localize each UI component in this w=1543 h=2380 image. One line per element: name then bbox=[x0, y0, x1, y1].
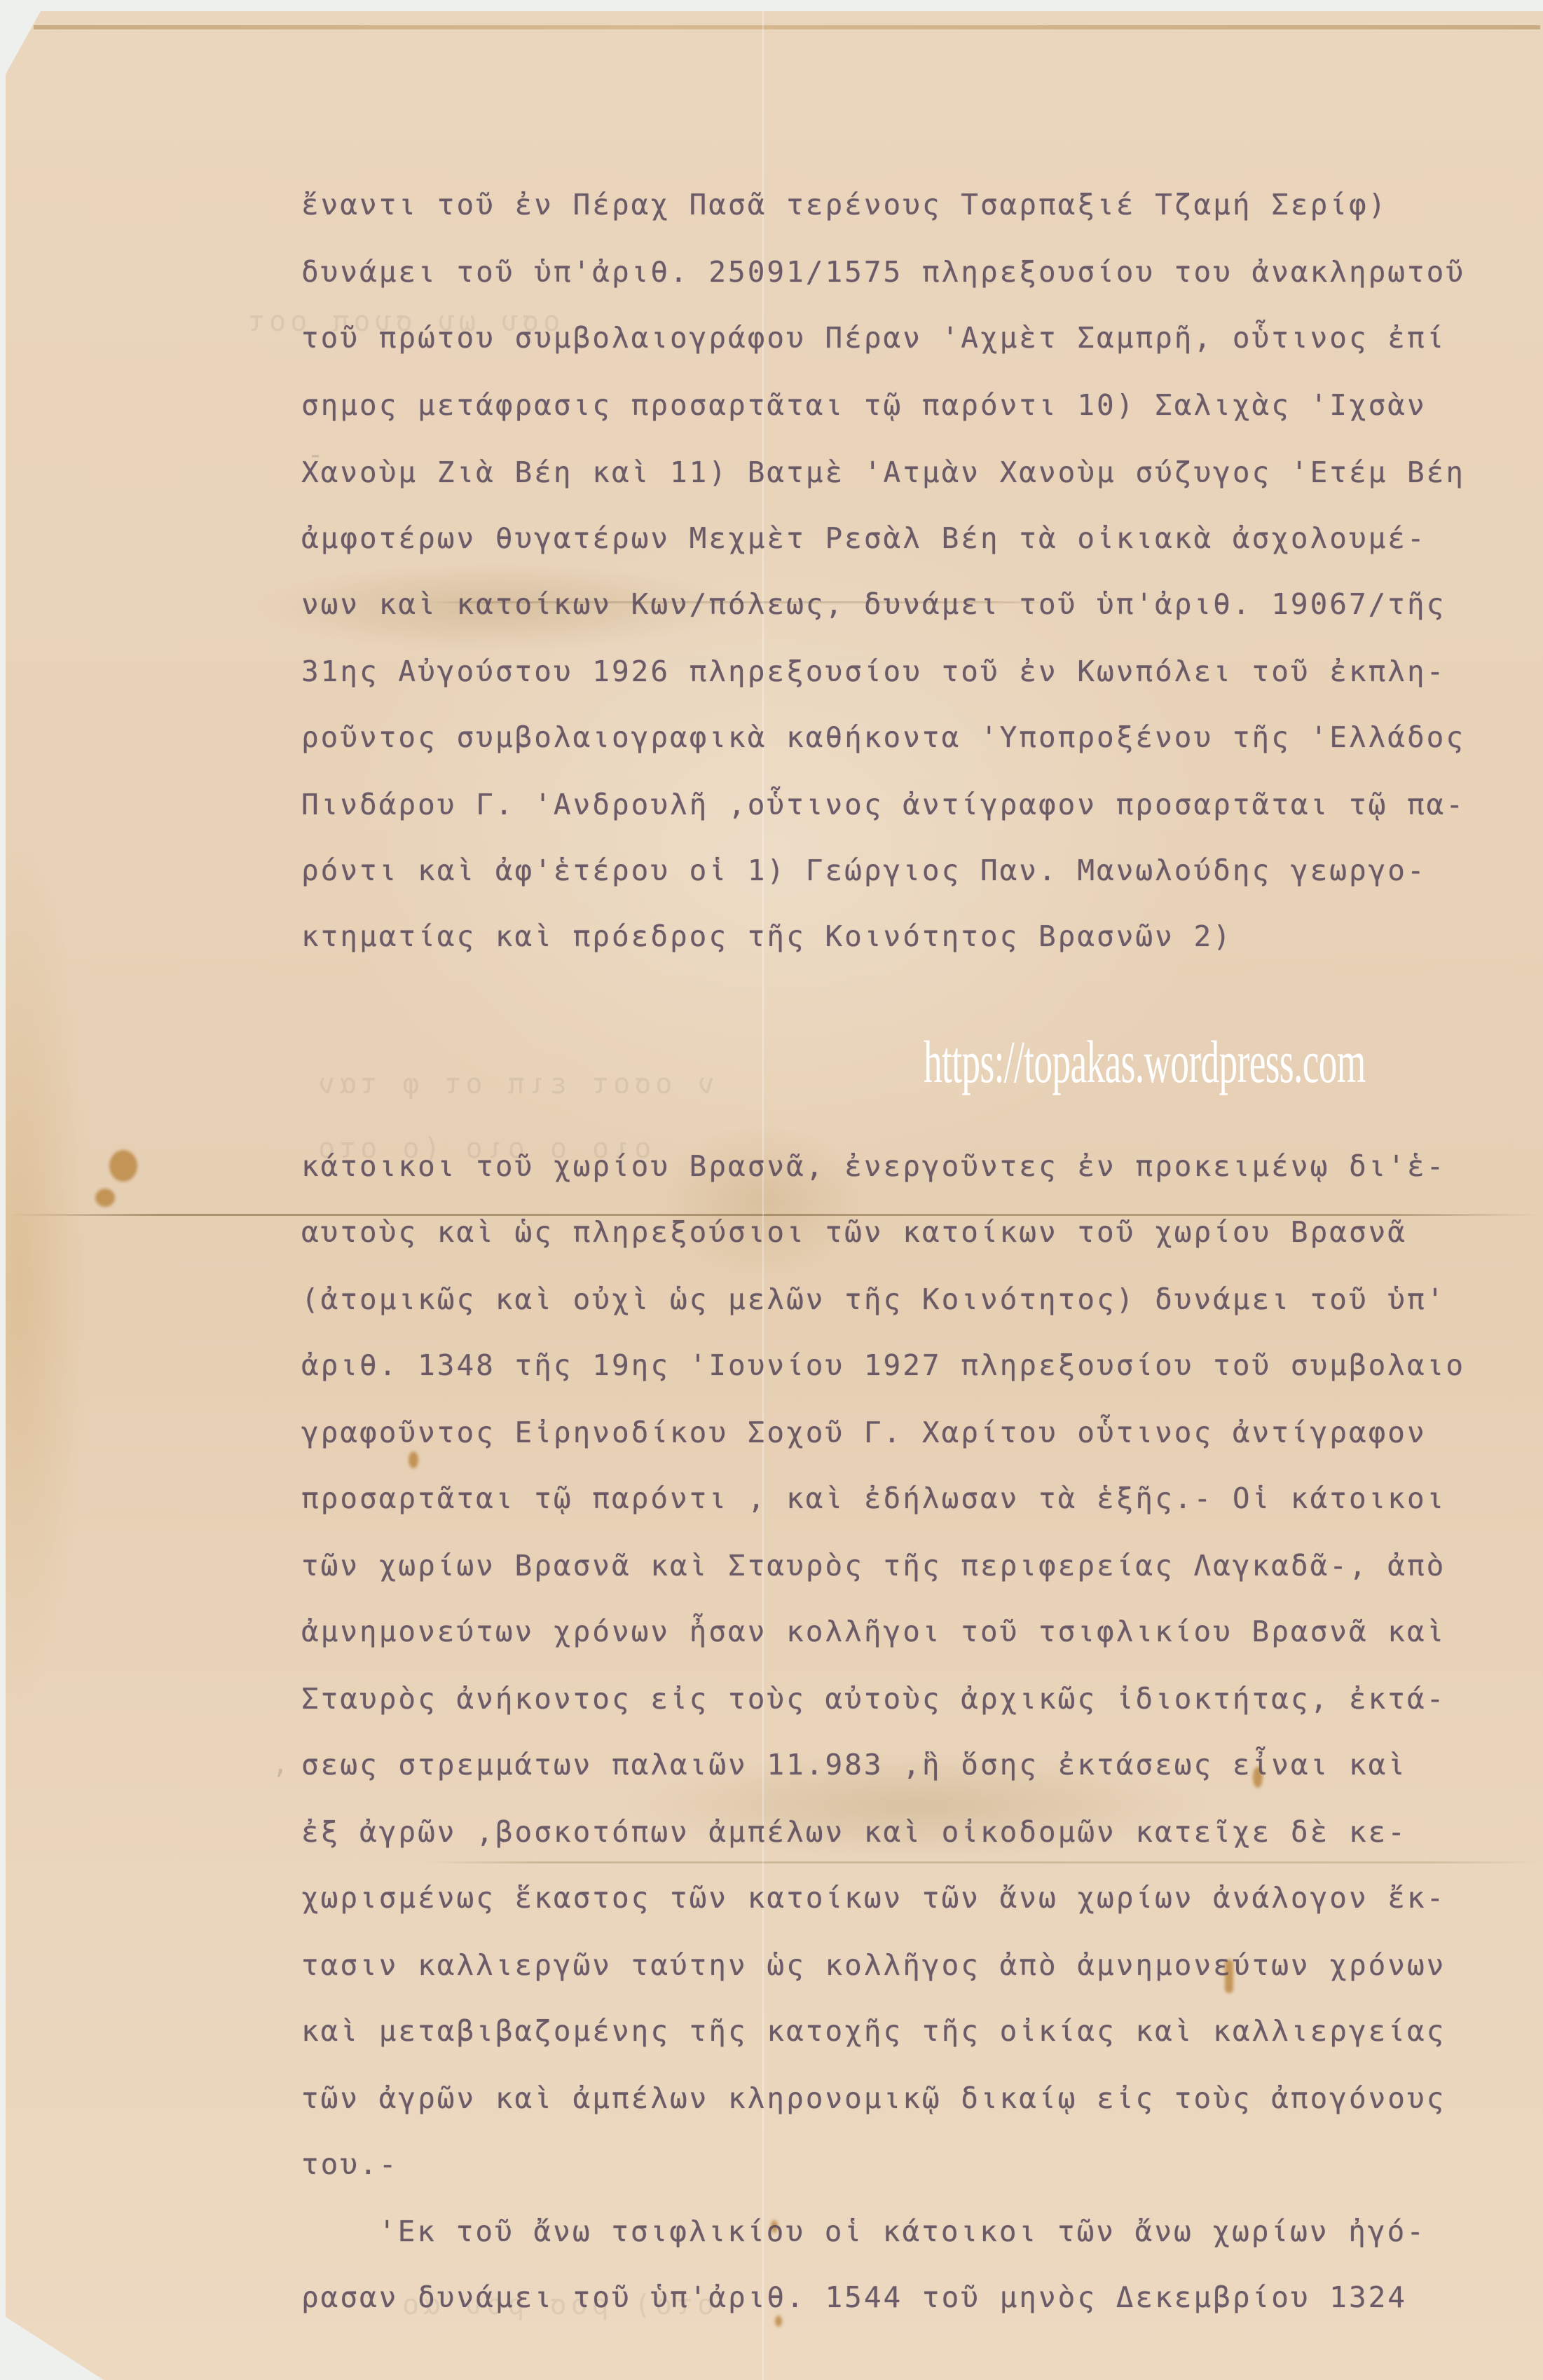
text-line: 'Εκ τοῦ ἄνω τσιφλικίου οἱ κάτοικοι τῶν ἄ… bbox=[378, 2215, 1426, 2248]
text-line: Σταυρὸς ἀνήκοντος εἰς τοὺς αὐτοὺς ἀρχικῶ… bbox=[301, 1682, 1446, 1716]
text-line: δυνάμει τοῦ ὑπ'ἀριθ. 25091/1575 πληρεξου… bbox=[301, 255, 1465, 289]
text-line: αυτοὺς καὶ ὡς πληρεξούσιοι τῶν κατοίκων … bbox=[301, 1215, 1407, 1249]
text-line: (ἀτομικῶς καὶ οὐχὶ ὡς μελῶν τῆς Κοινότητ… bbox=[301, 1283, 1446, 1316]
text-line: 31ης Αὐγούστου 1926 πληρεξουσίου τοῦ ἐν … bbox=[301, 655, 1446, 688]
text-line: ροῦντος συμβολαιογραφικὰ καθήκοντα 'Υποπ… bbox=[301, 720, 1465, 754]
text-line: κτηματίας καὶ πρόεδρος τῆς Κοινότητος Βρ… bbox=[301, 919, 1233, 953]
text-line: χωρισμένως ἕκαστος τῶν κατοίκων τῶν ἄνω … bbox=[301, 1881, 1446, 1915]
text-line: σεως στρεμμάτων παλαιῶν 11.983 ,ἣ ὅσης ἐ… bbox=[301, 1748, 1407, 1781]
text-line: ἔναντι τοῦ ἐν Πέραχ Πασᾶ τερένους Τσαρπα… bbox=[301, 188, 1387, 221]
stain bbox=[775, 2316, 782, 2327]
text-line: ἀριθ. 1348 τῆς 19ης 'Ιουνίου 1927 πληρεξ… bbox=[301, 1348, 1465, 1382]
text-line: καὶ μεταβιβαζομένης τῆς κατοχῆς τῆς οἰκί… bbox=[301, 2014, 1446, 2048]
text-line: ρόντι καὶ ἀφ'ἑτέρου οἱ 1) Γεώργιος Παν. … bbox=[301, 854, 1427, 887]
text-line: τῶν ἀγρῶν καὶ ἀμπέλων κληρονομικῷ δικαίῳ… bbox=[301, 2081, 1446, 2115]
stain bbox=[109, 1150, 137, 1182]
watermark-url: https://topakas.wordpress.com bbox=[924, 1032, 1366, 1092]
text-line: ἐξ ἀγρῶν ,βοσκοτόπων ἀμπέλων καὶ οἰκοδομ… bbox=[301, 1815, 1407, 1849]
text-line: τασιν καλλιεργῶν ταύτην ὡς κολλῆγος ἀπὸ … bbox=[301, 1948, 1446, 1982]
text-line: ἀμφοτέρων θυγατέρων Μεχμὲτ Ρεσὰλ Βέη τὰ … bbox=[301, 521, 1427, 555]
text-line: ἀμνημονεύτων χρόνων ἦσαν κολλῆγοι τοῦ τσ… bbox=[301, 1615, 1446, 1648]
text-line: κάτοικοι τοῦ χωρίου Βρασνᾶ, ἐνεργοῦντες … bbox=[301, 1149, 1446, 1183]
text-line: σημος μετάφρασις προσαρτᾶται τῷ παρόντι … bbox=[301, 388, 1427, 422]
text-line: προσαρτᾶται τῷ παρόντι , καὶ ἐδήλωσαν τὰ… bbox=[301, 1482, 1446, 1515]
text-line: Χανοὺμ Ζιὰ Βέη καὶ 11) Βατμὲ 'Ατμὰν Χανο… bbox=[301, 456, 1465, 489]
paper-top-edge bbox=[34, 25, 1540, 29]
stain bbox=[95, 1189, 115, 1207]
text-line: του.- bbox=[301, 2147, 398, 2181]
stain bbox=[409, 1451, 418, 1468]
text-line: τοῦ πρώτου συμβολαιογράφου Πέραν 'Αχμὲτ … bbox=[301, 321, 1446, 355]
text-line: ρασαν δυνάμει τοῦ ὑπ'ἀριθ. 1544 τοῦ μηνὸ… bbox=[301, 2280, 1407, 2314]
fold-crease bbox=[426, 1861, 1540, 1863]
text-line: γραφοῦντος Εἰρηνοδίκου Σοχοῦ Γ. Χαρίτου … bbox=[301, 1416, 1427, 1449]
text-line: νων καὶ κατοίκων Κων/πόλεως, δυνάμει τοῦ… bbox=[301, 587, 1446, 621]
margin-mark: , bbox=[272, 1748, 289, 1780]
text-line: Πινδάρου Γ. 'Ανδρουλῆ ,οὗτινος ἀντίγραφο… bbox=[301, 788, 1465, 821]
text-line: τῶν χωρίων Βρασνᾶ καὶ Σταυρὸς τῆς περιφε… bbox=[301, 1549, 1446, 1582]
bleed-through-text: ν οσοτ ειπ οτ φ ταν bbox=[314, 1068, 715, 1100]
